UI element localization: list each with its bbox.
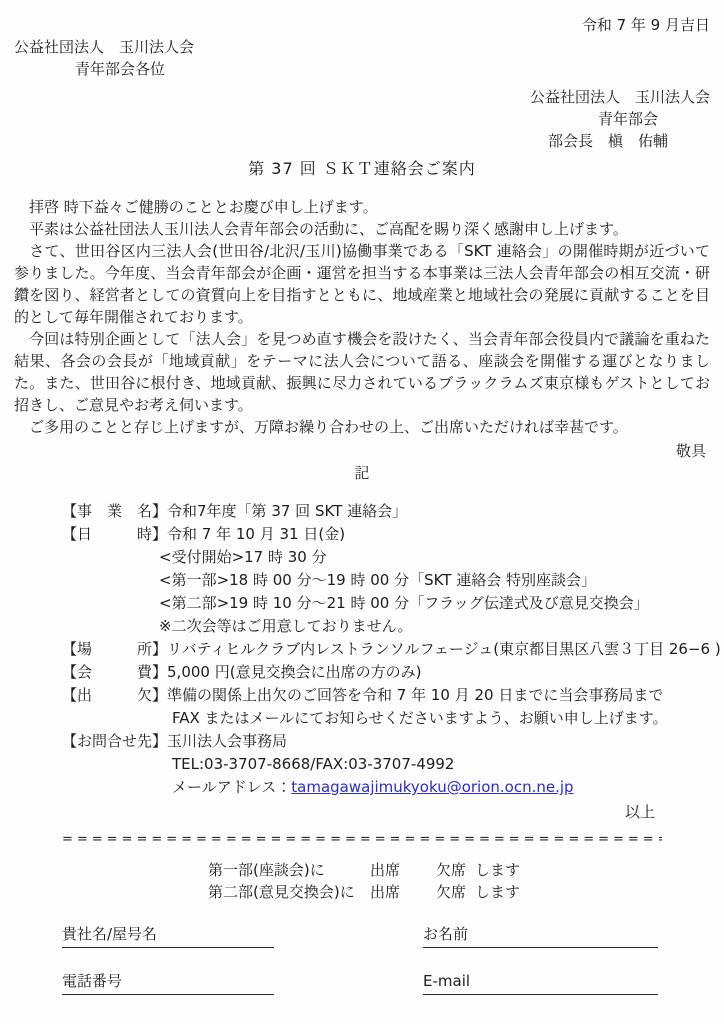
document-title: 第 37 回 ＳＫＴ連絡会ご案内	[14, 158, 710, 180]
detail-text: 令和7年度「第 37 回 SKT 連絡会」	[167, 502, 407, 520]
reply-part-label: 第一部(座談会)に	[208, 859, 370, 881]
form-field-email: E-mail	[423, 970, 658, 995]
details-list: 【事 業 名】令和7年度「第 37 回 SKT 連絡会」 【日 時】令和 7 年…	[62, 500, 710, 799]
closing-ijo: 以上	[14, 801, 710, 823]
email-link[interactable]: tamagawajimukyoku@orion.ocn.ne.jp	[291, 778, 573, 796]
detail-item-rsvp: 【出 欠】準備の関係上出欠のご回答を令和 7 年 10 月 20 日までに当会事…	[62, 684, 710, 707]
detail-label: 【出 欠】	[62, 684, 167, 707]
reply-row-part1: 第一部(座談会)に 出席 欠席 します	[208, 859, 710, 881]
detail-item-datetime: 【日 時】令和 7 年 10 月 31 日(金)	[62, 523, 710, 546]
detail-subline-tel-fax: TEL:03-3707-8668/FAX:03-3707-4992	[172, 753, 710, 776]
form-field-company: 貴社名/屋号名	[62, 923, 274, 948]
detail-text: 5,000 円(意見交換会に出席の方のみ)	[167, 663, 421, 681]
reply-part-label: 第二部(意見交換会)に	[208, 881, 370, 903]
sender-group: 青年部会	[14, 108, 710, 130]
detail-subline-email: メールアドレス：tamagawajimukyoku@orion.ocn.ne.j…	[172, 776, 710, 799]
body-text: 拝啓 時下益々ご健勝のこととお慶び申し上げます。 平素は公益社団法人玉川法人会青…	[14, 196, 710, 438]
sender-chairman: 部会長 槇 佑輔	[14, 130, 710, 152]
form-field-name: お名前	[423, 923, 658, 948]
detail-label: 【お問合せ先】	[62, 730, 167, 753]
body-paragraph-request: ご多用のことと存じ上げますが、万障お繰り合わせの上、ご出席いただければ幸甚です。	[14, 416, 710, 438]
detail-label: 【事 業 名】	[62, 500, 167, 523]
addressee-block: 公益社団法人 玉川法人会 青年部会各位	[14, 36, 710, 80]
form-section: 貴社名/屋号名 お名前 電話番号 E-mail	[62, 923, 710, 995]
attend-option: 出席	[370, 859, 400, 881]
reply-suffix: します	[475, 859, 520, 881]
detail-text: リバティヒルクラブ内レストランソルフェージュ(東京都目黒区八雲３丁目 26−6 …	[167, 640, 721, 658]
detail-text: 玉川法人会事務局	[167, 732, 287, 750]
detail-item-contact: 【お問合せ先】玉川法人会事務局	[62, 730, 710, 753]
detail-subline-note: ※二次会等はご用意しておりません。	[159, 615, 710, 638]
closing-keigu: 敬具	[14, 440, 710, 462]
detail-subline-rsvp-method: FAX またはメールにてお知らせくださいますよう、お願い申し上げます。	[172, 707, 710, 730]
detail-text: 準備の関係上出欠のご回答を令和 7 年 10 月 20 日までに当会事務局まで	[167, 686, 663, 704]
absent-option: 欠席	[436, 881, 466, 903]
body-paragraph-background: さて、世田谷区内三法人会(世田谷/北沢/玉川)協働事業である「SKT 連絡会」の…	[14, 240, 710, 328]
form-row-1: 貴社名/屋号名 お名前	[62, 923, 710, 948]
sender-block: 公益社団法人 玉川法人会 青年部会 部会長 槇 佑輔	[14, 86, 710, 152]
reply-row-part2: 第二部(意見交換会)に 出席 欠席 します	[208, 881, 710, 903]
form-label-company: 貴社名/屋号名	[62, 925, 157, 943]
body-paragraph-thanks: 平素は公益社団法人玉川法人会青年部会の活動に、ご高配を賜り深く感謝申し上げます。	[14, 218, 710, 240]
detail-item-fee: 【会 費】5,000 円(意見交換会に出席の方のみ)	[62, 661, 710, 684]
form-label-phone: 電話番号	[62, 972, 122, 990]
addressee-group: 青年部会各位	[75, 58, 710, 80]
sender-company: 公益社団法人 玉川法人会	[14, 86, 710, 108]
form-label-email: E-mail	[423, 972, 470, 990]
date-line: 令和 7 年 9 月吉日	[14, 14, 710, 36]
detail-subline-reception: <受付開始>17 時 30 分	[159, 546, 710, 569]
reply-section: 第一部(座談会)に 出席 欠席 します 第二部(意見交換会)に 出席 欠席 しま…	[208, 859, 710, 903]
email-prefix: メールアドレス：	[172, 778, 291, 796]
absent-option: 欠席	[436, 859, 466, 881]
detail-label: 【会 費】	[62, 661, 167, 684]
form-field-phone: 電話番号	[62, 970, 274, 995]
ki-heading: 記	[14, 462, 710, 484]
detail-item-event-name: 【事 業 名】令和7年度「第 37 回 SKT 連絡会」	[62, 500, 710, 523]
detail-label: 【場 所】	[62, 638, 167, 661]
reply-suffix: します	[475, 881, 520, 903]
detail-subline-part1: <第一部>18 時 00 分～19 時 00 分「SKT 連絡会 特別座談会」	[159, 569, 710, 592]
detail-text: 令和 7 年 10 月 31 日(金)	[167, 525, 345, 543]
attend-option: 出席	[370, 881, 400, 903]
body-paragraph-special-plan: 今回は特別企画として「法人会」を見つめ直す機会を設けたく、当会青年部会役員内で議…	[14, 328, 710, 416]
form-row-2: 電話番号 E-mail	[62, 970, 710, 995]
detail-subline-part2: <第二部>19 時 10 分～21 時 00 分「フラッグ伝達式及び意見交換会」	[159, 592, 710, 615]
body-paragraph-greeting: 拝啓 時下益々ご健勝のこととお慶び申し上げます。	[14, 196, 710, 218]
separator-line: ========================================…	[62, 829, 662, 851]
form-label-name: お名前	[423, 925, 468, 943]
detail-item-place: 【場 所】リバティヒルクラブ内レストランソルフェージュ(東京都目黒区八雲３丁目 …	[62, 638, 710, 661]
document-page: 令和 7 年 9 月吉日 公益社団法人 玉川法人会 青年部会各位 公益社団法人 …	[0, 0, 724, 1024]
detail-label: 【日 時】	[62, 523, 167, 546]
addressee-company: 公益社団法人 玉川法人会	[14, 36, 710, 58]
